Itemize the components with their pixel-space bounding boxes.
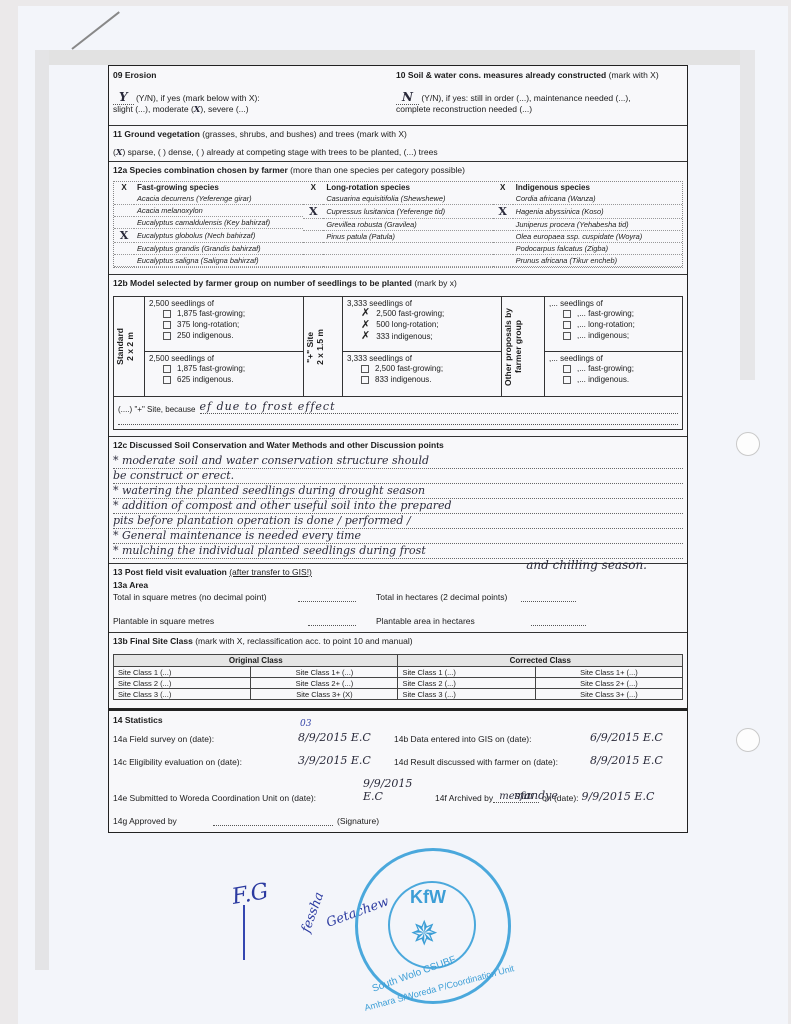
gis-entry-field[interactable]: 6/9/2015 E.C <box>590 731 663 744</box>
vegetation-title: 11 Ground vegetation <box>113 129 200 139</box>
submitted-field[interactable]: 9/9/2015 E.C <box>363 777 435 803</box>
erosion-title: 09 Erosion <box>113 70 388 80</box>
site-class-cell[interactable]: Site Class 3+ (X) <box>251 689 398 700</box>
species-column: XIndigenous speciesCordia africana (Wanz… <box>493 182 682 267</box>
model-standard-label: Standard2 x 2 m <box>114 297 145 397</box>
swc-line1: (Y/N), if yes: still in order (...), mai… <box>421 93 630 103</box>
model-plus-a[interactable]: 3,333 seedlings of✗2,500 fast-growing;✗5… <box>343 297 502 352</box>
species-row[interactable]: Acacia decurrens (Yeferenge girar) <box>114 193 303 205</box>
species-title: 12a Species combination chosen by farmer <box>113 165 288 175</box>
erosion-yn-field[interactable]: Y <box>113 90 134 105</box>
section-09-erosion: 09 Erosion Y (Y/N), if yes (mark below w… <box>109 66 392 125</box>
site-class-row: Site Class 1 (...)Site Class 1+ (...)Sit… <box>114 667 683 678</box>
site-class-cell[interactable]: Site Class 2 (...) <box>398 678 535 689</box>
erosion-moderate-label: moderate ( <box>153 104 194 114</box>
checkbox-icon <box>163 332 171 340</box>
section-14-statistics: 14 Statistics 14a Field survey on (date)… <box>109 711 687 833</box>
checkbox-icon <box>163 310 171 318</box>
site-class-title: 13b Final Site Class <box>113 636 193 646</box>
section-10-swc: 10 Soil & water cons. measures already c… <box>392 66 687 125</box>
archived-label: 14f Archived by <box>435 793 493 803</box>
swc-title-suffix: (mark with X) <box>609 70 659 80</box>
approval-signature-field[interactable] <box>213 815 333 826</box>
model-standard-a[interactable]: 2,500 seedlings of1,875 fast-growing;375… <box>145 297 304 352</box>
section-13a-area: and chilling season. 13 Post field visit… <box>109 564 687 633</box>
discussion-line[interactable]: pits before plantation operation is done… <box>113 514 683 529</box>
model-option[interactable]: 625 indigenous. <box>149 374 299 385</box>
model-option[interactable]: 1,875 fast-growing; <box>149 308 299 319</box>
stamp-logo-text: KfW <box>410 887 446 908</box>
discussion-line[interactable]: * addition of compost and other useful s… <box>113 499 683 514</box>
species-row[interactable]: Podocarpus falcatus (Zigba) <box>493 243 682 255</box>
model-option[interactable]: ,... long-rotation; <box>549 319 678 330</box>
checkbox-icon <box>163 376 171 384</box>
plus-site-reason: (....) "+" Site, because ef due to frost… <box>114 397 683 430</box>
checkbox-icon <box>361 376 369 384</box>
site-class-cell[interactable]: Site Class 3 (...) <box>398 689 535 700</box>
discussion-line[interactable]: be construct or erect. <box>113 469 683 484</box>
erosion-severe: ), severe (...) <box>200 104 248 114</box>
punch-hole-top <box>736 432 760 456</box>
statistics-title: 14 Statistics <box>113 715 683 725</box>
submitted-label: 14e Submitted to Woreda Coordination Uni… <box>113 793 363 803</box>
site-class-cell[interactable]: Site Class 1 (...) <box>398 667 535 678</box>
site-class-cell[interactable]: Site Class 2 (...) <box>114 678 251 689</box>
model-other-a[interactable]: ,... seedlings of,... fast-growing;,... … <box>545 297 683 352</box>
species-row[interactable]: Pinus patula (Patula) <box>303 231 492 243</box>
field-survey-field[interactable]: 038/9/2015 E.C <box>298 731 394 744</box>
species-row[interactable]: Grevillea robusta (Gravilea) <box>303 219 492 231</box>
official-stamp: KfW ✵ South Wolo CSUBF Amhara S/Woreda P… <box>355 848 511 1004</box>
species-row[interactable]: XHagenia abyssinica (Koso) <box>493 205 682 219</box>
checkbox-icon <box>163 321 171 329</box>
model-standard-b[interactable]: 2,500 seedlings of1,875 fast-growing;625… <box>145 352 304 397</box>
checkbox-icon <box>563 321 571 329</box>
model-table: Standard2 x 2 m 2,500 seedlings of1,875 … <box>113 296 683 430</box>
species-row[interactable]: Prunus africana (Tikur encheb) <box>493 255 682 267</box>
model-option[interactable]: ✗333 indigenous; <box>347 331 497 342</box>
species-row[interactable]: Eucalyptus camaldulensis (Key bahirzaf) <box>114 217 303 229</box>
checkbox-icon <box>563 332 571 340</box>
model-title: 12b Model selected by farmer group on nu… <box>113 278 412 288</box>
original-class-header: Original Class <box>114 655 398 667</box>
eligibility-label: 14c Eligibility evaluation on (date): <box>113 757 298 767</box>
checkbox-icon <box>361 365 369 373</box>
checkbox-icon <box>563 310 571 318</box>
plantable-sqm-label: Plantable in square metres <box>113 616 308 626</box>
evaluation-title: 13 Post field visit evaluation <box>113 567 227 577</box>
model-other-b[interactable]: ,... seedlings of,... fast-growing;,... … <box>545 352 683 397</box>
model-option[interactable]: 250 indigenous. <box>149 330 299 341</box>
model-option[interactable]: 1,875 fast-growing; <box>149 363 299 374</box>
evaluation-note: (after transfer to GIS!) <box>229 567 312 577</box>
swc-line2: complete reconstruction needed (...) <box>396 104 683 114</box>
plus-site-reason-field[interactable]: ef due to frost effect <box>200 400 679 414</box>
site-class-cell[interactable]: Site Class 3+ (...) <box>535 689 682 700</box>
field-survey-label: 14a Field survey on (date): <box>113 734 298 744</box>
scan-shadow-right <box>740 50 755 380</box>
signature-stroke <box>243 905 245 960</box>
model-plus-label: "+" Site2 x 1.5 m <box>304 297 343 397</box>
total-sqm-label: Total in square metres (no decimal point… <box>113 592 298 602</box>
discussed-label: 14d Result discussed with farmer on (dat… <box>394 757 590 767</box>
site-class-cell[interactable]: Site Class 2+ (...) <box>251 678 398 689</box>
species-row[interactable]: Cordia africana (Wanza) <box>493 193 682 205</box>
total-ha-field[interactable] <box>521 592 576 602</box>
checkbox-icon <box>563 365 571 373</box>
signature-label: (Signature) <box>337 816 379 826</box>
site-class-cell[interactable]: Site Class 2+ (...) <box>535 678 682 689</box>
model-option[interactable]: ,... fast-growing; <box>549 363 678 374</box>
scan-shadow-top <box>35 50 755 65</box>
checkbox-icon: ✗ <box>361 308 370 319</box>
vegetation-options: sparse, ( ) dense, ( ) already at compet… <box>128 147 438 157</box>
species-row[interactable]: XCupressus lusitanica (Yeferenge tid) <box>303 205 492 219</box>
eligibility-field[interactable]: 3/9/2015 E.C <box>298 754 394 767</box>
erosion-slight[interactable]: slight (...), <box>113 104 150 114</box>
discussion-overflow: and chilling season. <box>526 558 647 572</box>
section-12c-discussion: 12c Discussed Soil Conservation and Wate… <box>109 437 687 564</box>
model-option[interactable]: ,... fast-growing; <box>549 308 678 319</box>
model-option[interactable]: ✗500 long-rotation; <box>347 319 497 330</box>
site-class-row: Site Class 3 (...)Site Class 3+ (X)Site … <box>114 689 683 700</box>
site-class-cell[interactable]: Site Class 3 (...) <box>114 689 251 700</box>
discussion-line[interactable]: * moderate soil and water conservation s… <box>113 454 683 469</box>
model-other-label: Other proposals byfarmer group <box>502 297 545 397</box>
species-title-suffix: (more than one species per category poss… <box>290 165 465 175</box>
checkbox-icon <box>563 376 571 384</box>
site-class-cell[interactable]: Site Class 1 (...) <box>114 667 251 678</box>
vegetation-sparse-mark[interactable]: X <box>116 148 123 158</box>
corrected-class-header: Corrected Class <box>398 655 683 667</box>
discussed-field[interactable]: 8/9/2015 E.C <box>590 754 663 767</box>
gis-entry-label: 14b Data entered into GIS on (date): <box>394 734 590 744</box>
site-class-cell[interactable]: Site Class 1+ (...) <box>535 667 682 678</box>
plus-site-reason-line2[interactable] <box>118 414 678 425</box>
model-option[interactable]: 375 long-rotation; <box>149 319 299 330</box>
discussion-line[interactable]: * mulching the individual planted seedli… <box>113 544 683 559</box>
discussion-line[interactable]: * General maintenance is needed every ti… <box>113 529 683 544</box>
plantable-sqm-field[interactable] <box>308 616 356 626</box>
species-row[interactable]: Eucalyptus saligna (Saligna bahirzaf) <box>114 255 303 267</box>
checkbox-icon: ✗ <box>361 331 370 342</box>
species-row[interactable]: Acacia melanoxylon <box>114 205 303 217</box>
discussion-line[interactable]: * watering the planted seedlings during … <box>113 484 683 499</box>
swc-yn-field[interactable]: N <box>396 90 419 105</box>
checkbox-icon: ✗ <box>361 320 370 331</box>
section-11-vegetation: 11 Ground vegetation (grasses, shrubs, a… <box>109 126 687 162</box>
model-option[interactable]: 833 indigenous. <box>347 374 497 385</box>
model-plus-b[interactable]: 3,333 seedlings of2,500 fast-growing;833… <box>343 352 502 397</box>
checkbox-icon <box>163 365 171 373</box>
erosion-yn-text: (Y/N), if yes (mark below with X): <box>136 93 260 103</box>
section-12a-species: 12a Species combination chosen by farmer… <box>109 162 687 275</box>
scan-shadow-left <box>35 50 49 970</box>
discussion-lines[interactable]: * moderate soil and water conservation s… <box>113 454 683 559</box>
plantable-ha-field[interactable] <box>531 616 586 626</box>
form-body: 09 Erosion Y (Y/N), if yes (mark below w… <box>108 65 688 833</box>
archived-by-extra: mandye <box>514 789 558 802</box>
total-ha-label: Total in hectares (2 decimal points) <box>376 592 521 602</box>
section-12b-model: 12b Model selected by farmer group on nu… <box>109 275 687 437</box>
section-09-10: 09 Erosion Y (Y/N), if yes (mark below w… <box>109 66 687 126</box>
species-table: XFast-growing speciesAcacia decurrens (Y… <box>113 181 683 268</box>
model-option[interactable]: 2,500 fast-growing; <box>347 363 497 374</box>
approved-label: 14g Approved by <box>113 816 213 826</box>
total-sqm-field[interactable] <box>298 592 356 602</box>
species-row[interactable]: Juniperus procera (Yehabesha tid) <box>493 219 682 231</box>
archived-date-field[interactable]: 9/9/2015 E.C <box>582 790 655 803</box>
punch-hole-bottom <box>736 728 760 752</box>
model-option[interactable]: ,... indigenous. <box>549 374 678 385</box>
plantable-ha-label: Plantable area in hectares <box>376 616 531 626</box>
section-13b-site-class: 13b Final Site Class (mark with X, recla… <box>109 633 687 711</box>
site-class-suffix: (mark with X, reclassification acc. to p… <box>195 636 412 646</box>
species-row[interactable] <box>303 243 492 255</box>
model-title-suffix: (mark by x) <box>414 278 457 288</box>
species-column: XFast-growing speciesAcacia decurrens (Y… <box>114 182 303 267</box>
vegetation-title-suffix: (grasses, shrubs, and bushes) and trees … <box>202 129 407 139</box>
species-column: XLong-rotation speciesCasuarina equisiti… <box>303 182 492 267</box>
site-class-cell[interactable]: Site Class 1+ (...) <box>251 667 398 678</box>
site-class-row: Site Class 2 (...)Site Class 2+ (...)Sit… <box>114 678 683 689</box>
swc-title: 10 Soil & water cons. measures already c… <box>396 70 606 80</box>
species-row[interactable] <box>303 255 492 267</box>
species-row[interactable]: Olea europaea ssp. cuspidate (Woyra) <box>493 231 682 243</box>
species-row[interactable]: Eucalyptus grandis (Grandis bahirzaf) <box>114 243 303 255</box>
plus-site-reason-label: (....) "+" Site, because <box>118 405 196 414</box>
model-option[interactable]: ✗2,500 fast-growing; <box>347 308 497 319</box>
site-class-table: Original ClassCorrected Class Site Class… <box>113 654 683 700</box>
species-row[interactable]: Casuarina equisitifolia (Shewshewe) <box>303 193 492 205</box>
model-option[interactable]: ,... indigenous; <box>549 330 678 341</box>
star-icon: ✵ <box>410 917 439 951</box>
discussion-title: 12c Discussed Soil Conservation and Wate… <box>113 440 683 450</box>
species-row[interactable]: XEucalyptus globolus (Nech bahirzaf) <box>114 229 303 243</box>
area-title: 13a Area <box>113 580 683 590</box>
